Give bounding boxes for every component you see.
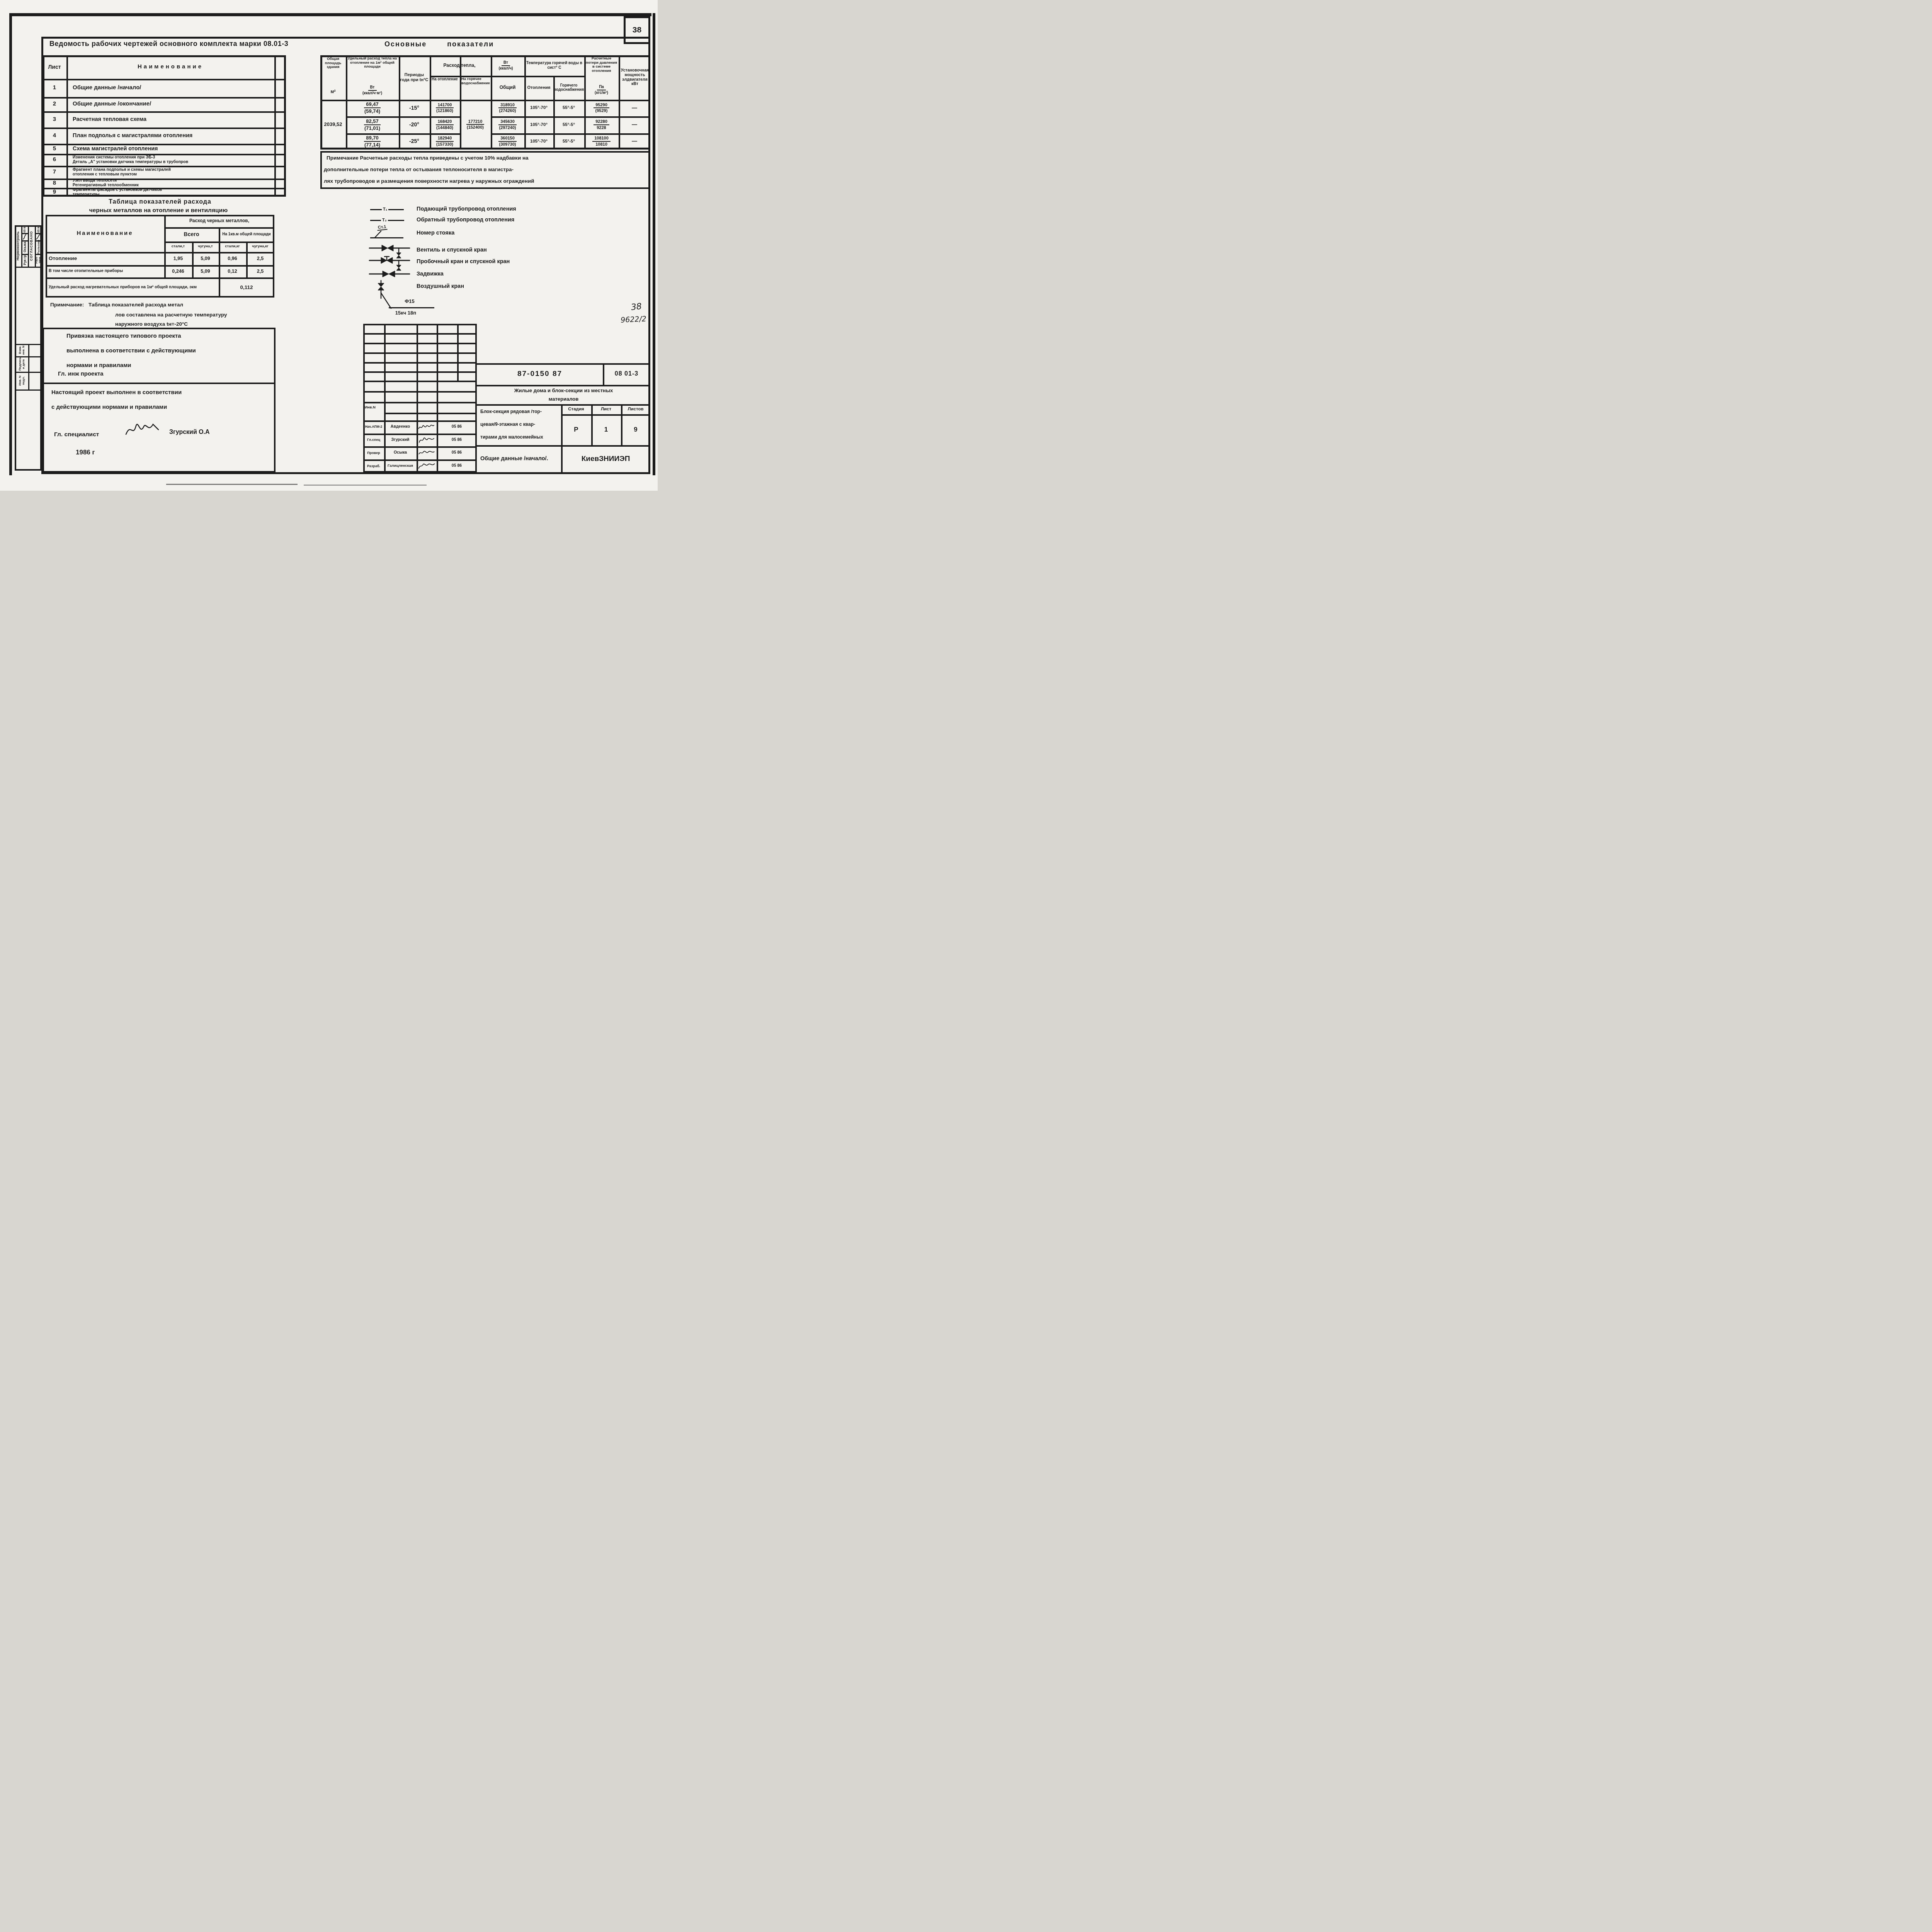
role-label: Провер (363, 446, 384, 459)
metals-note-line3: наружного воздуха tн=-20°С (115, 320, 277, 328)
role-name: Галицленская (384, 459, 417, 473)
binding-note-line: выполнена в соответствии с действующими (66, 346, 267, 355)
index-row-name: Фрагмент плана подполья и схемы магистра… (73, 166, 272, 179)
period-value: -20° (399, 116, 430, 133)
indicators-h-temp-hw: Горячего водоснабжения (554, 76, 583, 100)
binding-note-line: нормами и правилами (66, 361, 267, 370)
drawing-sheet: 38 Ведомость рабочих чертежей основного … (0, 0, 658, 491)
metals-value: 2,5 (246, 265, 274, 277)
stage-label: Стадия (561, 404, 591, 414)
series-title: Жилые дома и блок-секции из местных (477, 386, 650, 395)
object-title: Блок-секция рядовая /тор- (480, 406, 560, 418)
index-row-num: 3 (43, 111, 66, 128)
indicators-h-area-unit: м² (321, 86, 345, 98)
indicators-h-specific-unit: Вт (ккал/ч·м²) (347, 82, 398, 99)
gate-valve-icon (369, 270, 410, 278)
index-row-name: Изменения системы отопления при ЭБ-3 Дет… (73, 154, 272, 166)
metals-note-text: Таблица показателей расхода метал (88, 302, 183, 308)
total-value: 345630(297240) (491, 116, 524, 133)
indicators-h-period: Периоды года при tн°С (400, 56, 429, 99)
temp-hw-value: 55°-5° (553, 116, 584, 133)
return-pipe-symbol: Т₂ (370, 217, 409, 223)
callout-diameter: Ф15 (398, 298, 421, 305)
frac-num: 108100 (592, 136, 611, 141)
indicators-h-total: Общий (492, 76, 524, 100)
indicators-h-temp-group: Температура горячей воды в сист° С (525, 56, 583, 75)
index-row-num: 7 (43, 166, 66, 179)
frac-den: 9228 (597, 126, 606, 130)
heating-value: 141700(121860) (430, 100, 460, 116)
role-date: 05 86 (437, 446, 477, 459)
index-row-name: Схема магистралей отопления (73, 144, 272, 154)
sheet-label: Лист (591, 404, 621, 414)
indicators-h-heat-group: Расход тепла, (430, 55, 488, 76)
index-row-name: Расчетная тепловая схема (73, 111, 272, 128)
indicators-h-heat-unit: Вт (ккал/ч) (488, 56, 523, 75)
frac-num: 360150 (498, 136, 517, 141)
metals-row-name: В том числе отопительные приборы (49, 265, 163, 277)
index-row-num: 5 (43, 144, 66, 154)
object-title: цевая/9-этажная с квар- (480, 419, 560, 430)
frac-num: 82,57 (364, 119, 381, 125)
role-date: 05 86 (437, 459, 477, 473)
loss-value: 922809228 (584, 116, 619, 133)
role-name: Згурский (384, 434, 417, 446)
index-row-num: 6 (43, 154, 66, 166)
indicators-h-heating: На отопление (432, 77, 459, 99)
sheet-number: 38 (633, 26, 641, 35)
frac-num: 92280 (594, 119, 609, 125)
pipe-tag: Т₁ (382, 207, 388, 212)
frame-line (653, 13, 655, 475)
frac-den: (кгс/м²) (595, 91, 608, 95)
metals-title: черных металлов на отопление и вентиляци… (43, 206, 274, 214)
riser-tag: Ст.1 (377, 224, 387, 231)
inv-number-label: Инв.N (365, 403, 383, 412)
indicators-h-area: Общая площадь здания (321, 57, 345, 83)
temp-hw-value: 55°-5° (553, 133, 584, 150)
frac-den: (ккал/ч) (498, 66, 513, 71)
temp-hw-value: 55°-5° (553, 100, 584, 116)
frame-line (9, 13, 651, 16)
frac-num: 89,70 (364, 135, 381, 142)
frame-line (9, 13, 12, 475)
metals-value: 2,5 (246, 252, 274, 265)
metals-h-per-m2: На 1кв.м общей площади (219, 227, 274, 241)
callout-leader-line (379, 292, 393, 309)
legend-label: Обратный трубопровод отопления (417, 216, 602, 224)
indicators-h-specific: Удельный расход тепла на отопление на 1м… (347, 57, 398, 82)
index-col-name: Наименование (66, 55, 274, 79)
temp-heating-value: 105°-70° (524, 100, 553, 116)
frac-den: 10810 (595, 142, 607, 147)
metals-title: Таблица показателей расхода (46, 198, 274, 206)
frac-den: (309730) (499, 142, 516, 147)
metals-unit: стали,кг (219, 241, 246, 252)
line (15, 267, 42, 268)
doc-mark: 08 01-3 (603, 363, 650, 385)
indicators-h-hot-water: На горячее водоснабжение (461, 77, 490, 99)
chief-specialist-label: Гл. специалист (54, 430, 131, 440)
legend-label: Вентиль и спускной кран (417, 246, 602, 254)
organization-name: КиевЗНИИЭП (561, 445, 650, 473)
indicators-h-loss: Расчетные потери давления в системе отоп… (585, 57, 618, 82)
strip-signature (36, 234, 41, 240)
index-row-name: Общие данные /окончание/ (73, 97, 272, 111)
power-value: — (619, 116, 650, 133)
stage-value: Р (561, 414, 591, 445)
legend-label: Подающий трубопровод отопления (417, 205, 602, 213)
frac-num: Па (597, 85, 606, 90)
index-title: Ведомость рабочих чертежей основного ком… (49, 39, 325, 49)
index-row-num: 2 (43, 97, 66, 111)
strip-role: Расч ЭВМ (35, 254, 42, 267)
legend-label: Пробочный кран и спускной кран (417, 257, 602, 266)
metals-h-total: Всего (164, 227, 219, 241)
index-row-name: План подполья с магистралями отопления (73, 128, 272, 144)
strip-soglasovano: СОГЛАСОВАНО (28, 225, 35, 267)
frac-num: 141700 (436, 103, 454, 108)
metals-h-group: Расход черных металлов, (164, 215, 274, 227)
specialist-name: Згурский О.А (169, 427, 247, 437)
index-row-name: Общие данные /начало/ (73, 79, 272, 97)
project-note-line: с действующими нормами и правилами (51, 403, 260, 412)
metals-unit: чугуна,т (192, 241, 219, 252)
indicators-h-loss-unit: Па (кгс/м²) (585, 81, 618, 99)
role-name: Осыка (384, 446, 417, 459)
temp-heating-value: 105°-70° (524, 133, 553, 150)
line (28, 344, 29, 389)
strip-signature (22, 234, 27, 240)
strip-normokontrol: Нормоконтроль (15, 225, 21, 267)
line (363, 343, 477, 344)
frac-den: (71,01) (364, 126, 380, 131)
indicators-note-line: лях трубопроводов и размещения поверхнос… (324, 177, 648, 185)
callout-line (389, 307, 434, 308)
line (363, 371, 477, 373)
frac-den: (274260) (499, 109, 516, 113)
role-label: Нач.АПМ-2 (363, 420, 384, 434)
metals-value: 1,95 (164, 252, 192, 265)
period-value: -25° (399, 133, 430, 150)
frac-num: 345630 (498, 119, 517, 125)
strip-date: 05 86 (35, 225, 42, 233)
role-signature (418, 436, 435, 444)
indicators-hw-shared: 177210 (152400) (460, 100, 491, 150)
index-row-num: 4 (43, 128, 66, 144)
frac-den: (144840) (436, 126, 453, 130)
metals-value: 5,09 (192, 265, 219, 277)
sheets-value: 9 (621, 414, 650, 445)
metals-note-label: Примечание: (50, 302, 84, 308)
role-signature (418, 449, 435, 457)
total-value: 360150(309730) (491, 133, 524, 150)
line (43, 383, 276, 384)
power-value: — (619, 100, 650, 116)
scan-artifact (304, 485, 427, 486)
line (363, 381, 477, 382)
heating-value: 168420(144840) (430, 116, 460, 133)
indicators-title: Основные показатели (384, 39, 551, 49)
doc-number: 87-0150 87 (477, 363, 603, 385)
frac-num: 318910 (498, 103, 517, 108)
frac-den: (ккал/ч·м²) (362, 91, 382, 95)
metals-value: 0,12 (219, 265, 246, 277)
loss-value: 10810010810 (584, 133, 619, 150)
line (363, 391, 477, 393)
metals-last-row-value: 0,112 (219, 277, 274, 298)
temp-heating-value: 105°-70° (524, 116, 553, 133)
callout-valve-type: 15кч 18п (390, 309, 421, 317)
riser-number-symbol: Ст.1 (370, 225, 409, 240)
frac-den: (157330) (436, 142, 453, 147)
binding-note-line: Привязка настоящего типового проекта (66, 332, 267, 341)
frac-den: (59,74) (364, 109, 380, 114)
heating-value: 182940(157330) (430, 133, 460, 150)
metals-note-line2: лов составлена на расчетную температуру (115, 311, 277, 319)
role-label: Разраб. (363, 459, 384, 473)
metals-unit: стали,т (164, 241, 192, 252)
role-date: 05 86 (437, 420, 477, 434)
indicators-h-power: Установочная мощность элдвигателя кВт (619, 56, 650, 99)
metals-value: 5,09 (192, 252, 219, 265)
indicators-h-temp-heating: Отопления (525, 76, 553, 100)
strip-role: Рук гр (21, 254, 28, 267)
series-title: материалов (477, 395, 650, 403)
sheet-value: 1 (591, 414, 621, 445)
frac-num: 168420 (436, 119, 454, 125)
metals-row-name: Отопление (49, 252, 163, 265)
metals-last-row-label: Удельный расход нагревательных приборов … (49, 277, 216, 298)
spec-heat-value: 69,47(59,74) (346, 100, 399, 116)
strip-name: Рыльская (35, 240, 42, 254)
line (274, 55, 276, 197)
period-value: -15° (399, 100, 430, 116)
frac-num: 177210 (466, 119, 485, 125)
index-col-sheet: Лист (43, 55, 66, 79)
spec-heat-value: 89,70(77,14) (346, 133, 399, 150)
object-title: тирами для малосемейных (480, 432, 560, 443)
frac-den: (9529) (595, 109, 608, 113)
strip-inv-label: Инв. N подл. (15, 372, 28, 389)
role-signature (418, 423, 435, 431)
frac-den: (297240) (499, 126, 516, 130)
chief-engineer-label: Гл. инж проекта (58, 369, 174, 379)
frac-num: Вт (368, 85, 377, 90)
frac-num: 182940 (436, 136, 454, 141)
role-name: Авдеенко (384, 420, 417, 434)
pipe-tag: Т₂ (381, 218, 388, 223)
sheet-content-title: Общие данные /начало/. (480, 445, 560, 473)
line (363, 362, 477, 364)
sheets-label: Листов (621, 404, 650, 414)
power-value: — (619, 133, 650, 150)
role-date: 05 86 (437, 434, 477, 446)
metals-h-name: Наименование (46, 215, 164, 252)
supply-pipe-symbol: Т₁ (370, 206, 409, 213)
frac-den: (152400) (467, 125, 484, 130)
strip-podpis-label: Подпись и дата (15, 356, 28, 372)
strip-vzam-label: Взам. инв. N (15, 344, 28, 356)
specialist-signature (124, 420, 161, 438)
indicators-note-line: дополнительные потери тепла от остывания… (324, 165, 645, 174)
role-label: Гл.спец (363, 434, 384, 446)
year-label: 1986 г (76, 447, 122, 457)
frac-num: 95290 (594, 103, 609, 108)
handwritten-number: 38 (626, 301, 646, 313)
strip-date: 05 86 (21, 225, 28, 233)
indicators-area-value: 2039,52 (320, 100, 346, 150)
loss-value: 95290(9529) (584, 100, 619, 116)
line (384, 413, 477, 414)
total-value: 318910(274260) (491, 100, 524, 116)
frac-den: (77,14) (364, 142, 380, 148)
index-row-name: Фрагменты фасадов с установкой датчиков … (73, 188, 272, 197)
project-note-line: Настоящий проект выполнен в соответствии (51, 388, 260, 397)
legend-label: Воздушный кран (417, 282, 602, 291)
line (15, 389, 42, 391)
index-row-num: 1 (43, 79, 66, 97)
legend-label: Номер стояка (417, 229, 602, 237)
index-row-name: Узел ввода теплосети Регенеративный тепл… (73, 179, 272, 188)
frac-den: (121860) (436, 109, 453, 113)
handwritten-code: 9622/2 (615, 315, 652, 326)
line (363, 333, 477, 335)
metals-unit: чугуна,кг (246, 241, 274, 252)
line (363, 352, 477, 354)
index-row-num: 8 (43, 179, 66, 188)
indicators-note-line: Примечание Расчетные расходы тепла приве… (327, 154, 647, 162)
frac-num: 69,47 (364, 102, 381, 108)
index-row-num: 9 (43, 188, 66, 197)
frac-num: Вт (502, 61, 510, 66)
sheet-number-box: 38 (624, 16, 650, 44)
metals-value: 0,246 (164, 265, 192, 277)
metals-value: 0,96 (219, 252, 246, 265)
scan-artifact (166, 484, 298, 485)
metals-note-line1: Примечание: Таблица показателей расхода … (50, 302, 274, 308)
role-signature (418, 462, 435, 470)
strip-name: Осыка (21, 240, 28, 254)
legend-label: Задвижка (417, 270, 602, 278)
spec-heat-value: 82,57(71,01) (346, 116, 399, 133)
